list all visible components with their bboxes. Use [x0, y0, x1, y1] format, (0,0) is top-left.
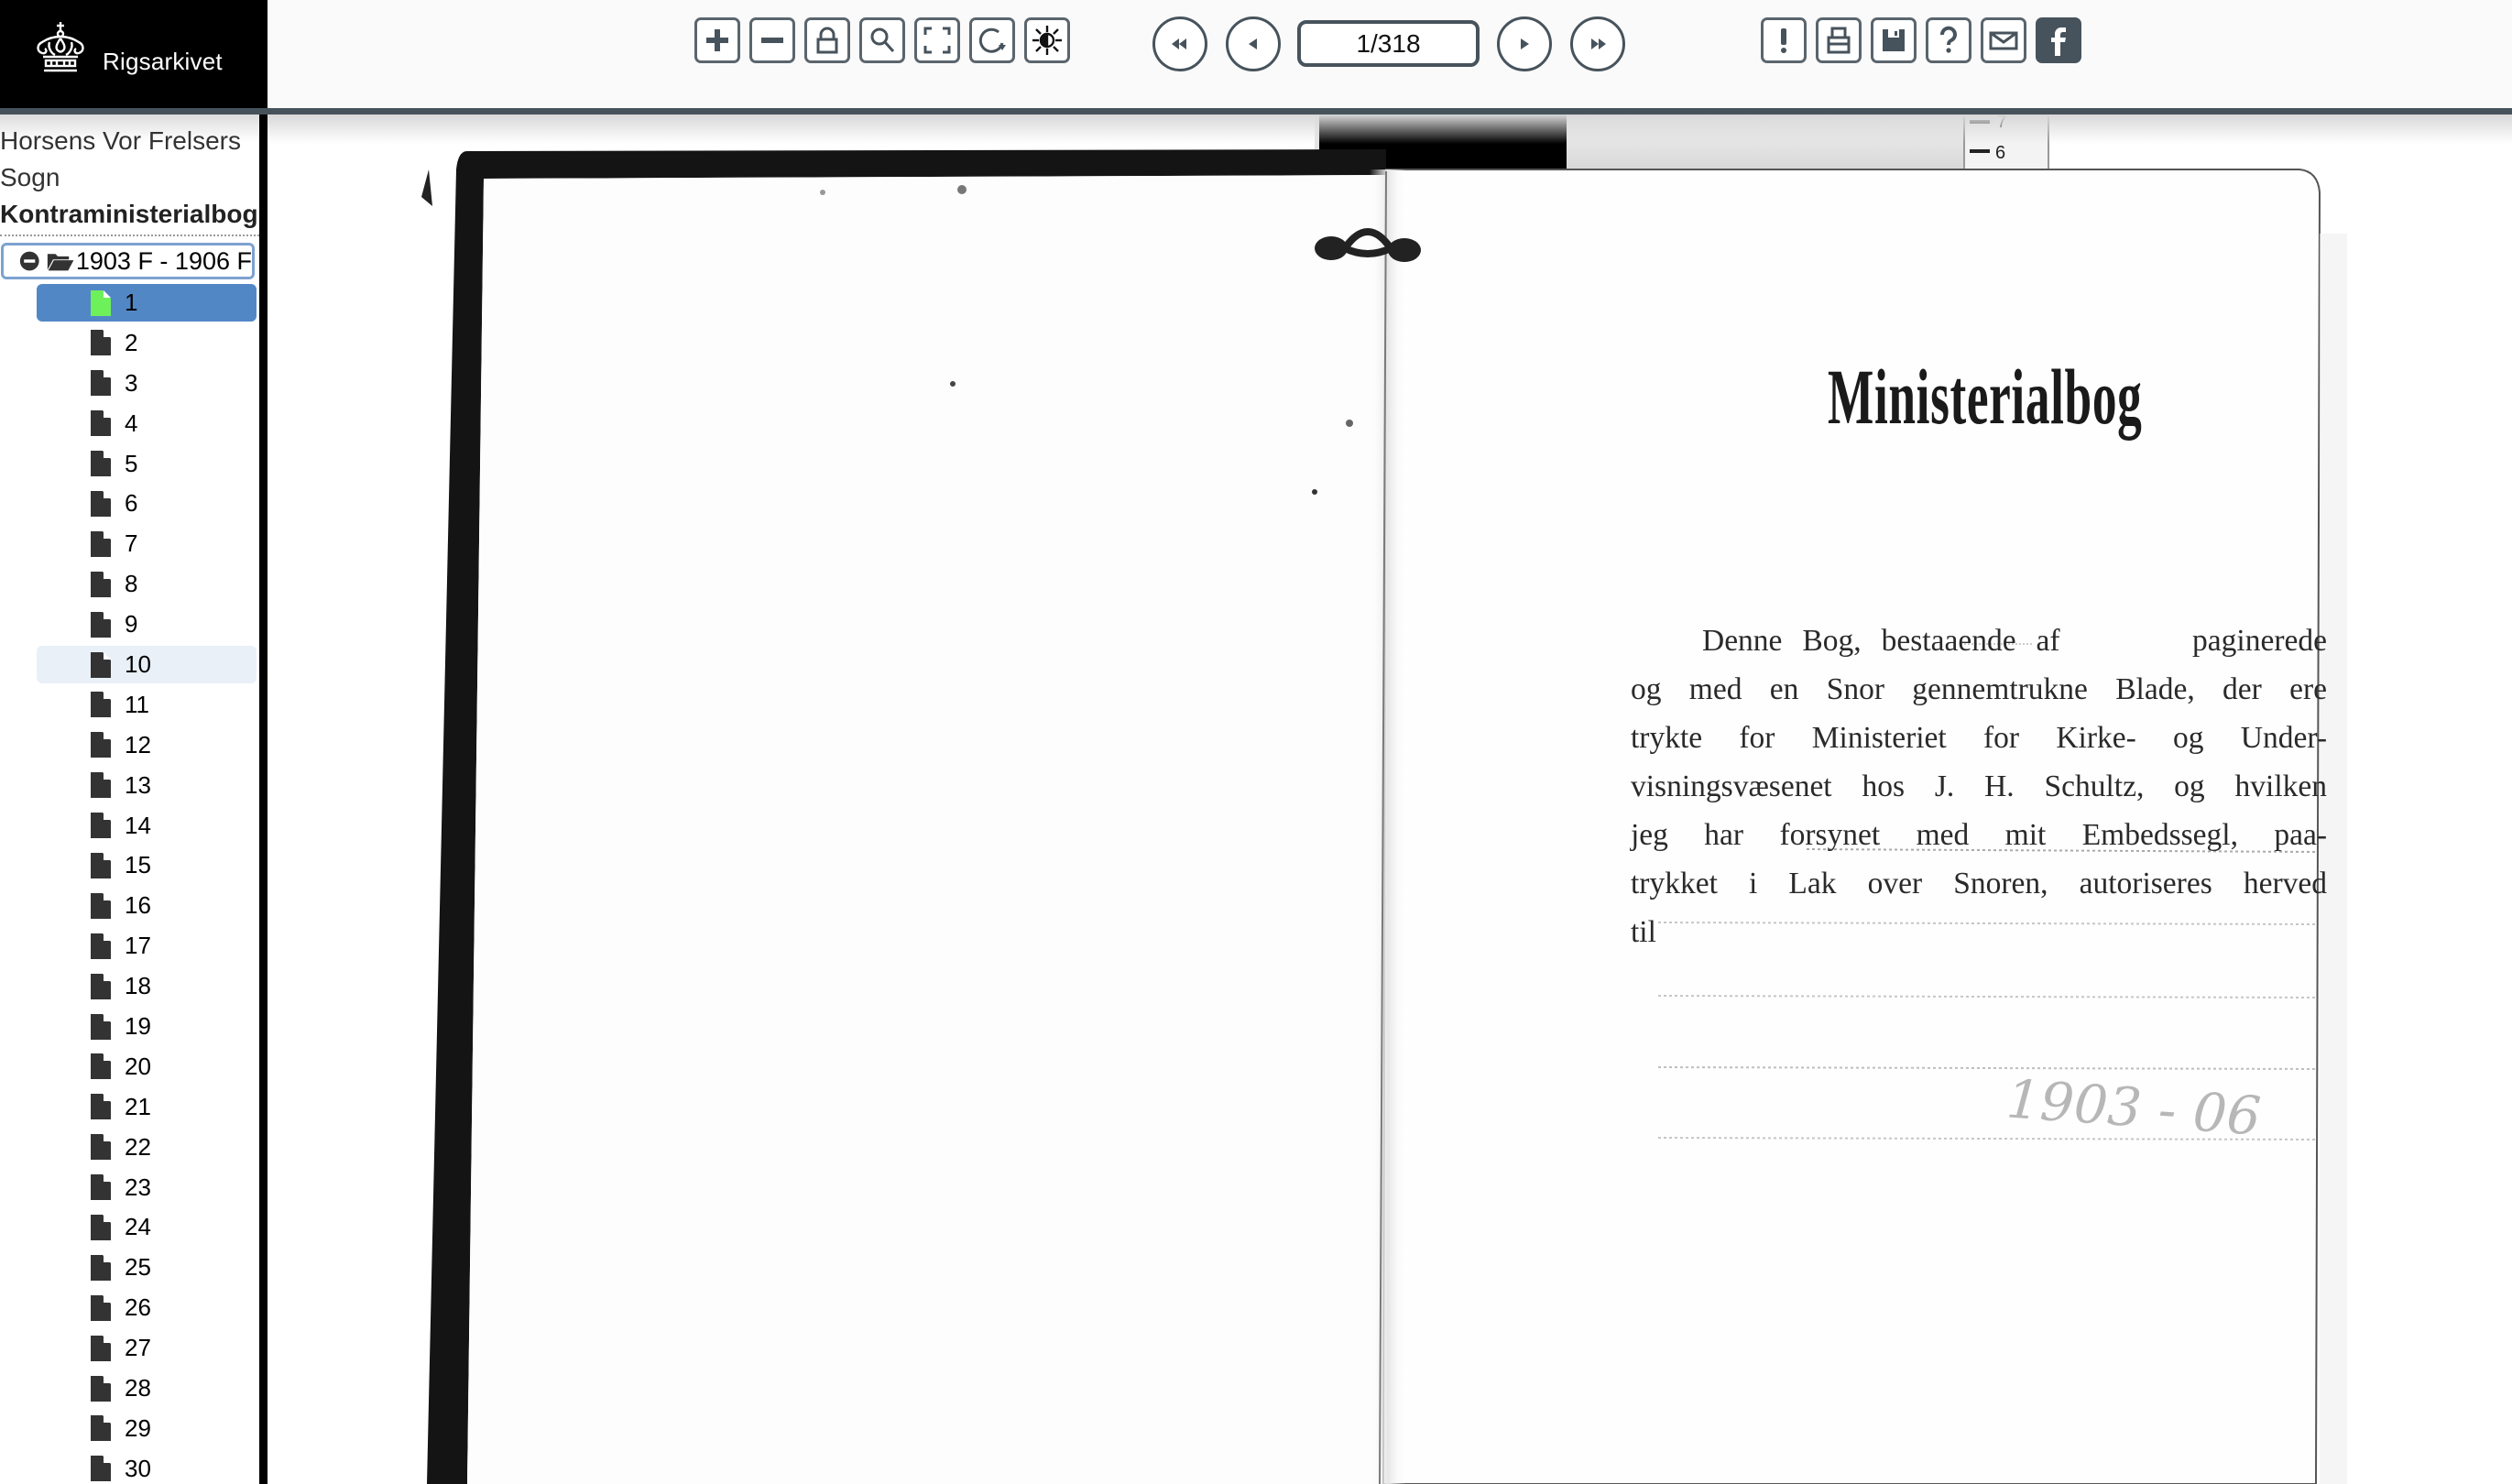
- folder-open-icon: [47, 249, 73, 273]
- header-divider: [0, 108, 2512, 115]
- page-number: 17: [125, 932, 151, 960]
- page-number: 20: [125, 1053, 151, 1081]
- document-icon: [91, 1174, 111, 1200]
- page-number: 7: [125, 529, 137, 558]
- parish-name: Horsens Vor Frelsers: [0, 126, 241, 156]
- top-toolbar: Rigsarkivet: [0, 0, 2512, 108]
- page-list-item[interactable]: 16: [37, 887, 257, 924]
- document-icon: [91, 1255, 111, 1281]
- page-number: 13: [125, 771, 151, 800]
- page-list: 1234567891011121314151617181920212223242…: [37, 284, 257, 1484]
- help-button[interactable]: [1926, 17, 1971, 63]
- document-icon: [91, 451, 111, 476]
- brightness-contrast-button[interactable]: [1024, 17, 1070, 63]
- document-body-line: til: [1631, 908, 2327, 956]
- page-number: 15: [125, 851, 151, 879]
- print-icon: [1823, 25, 1854, 56]
- facebook-icon: [2043, 25, 2074, 56]
- first-page-button[interactable]: [1152, 16, 1207, 71]
- document-icon: [91, 1134, 111, 1160]
- document-icon: [91, 1053, 111, 1079]
- plus-icon: [702, 25, 733, 56]
- document-icon: [91, 1336, 111, 1361]
- document-icon: [91, 1014, 111, 1040]
- page-number: 28: [125, 1374, 151, 1402]
- page-list-item[interactable]: 29: [37, 1410, 257, 1447]
- page-list-item[interactable]: 5: [37, 445, 257, 483]
- print-button[interactable]: [1816, 17, 1862, 63]
- page-list-item[interactable]: 18: [37, 967, 257, 1005]
- brand-name: Rigsarkivet: [103, 48, 223, 76]
- document-body-line: trykket i Lak over Snoren, autoriseres h…: [1631, 859, 2327, 908]
- document-icon: [91, 572, 111, 597]
- document-icon: [91, 330, 111, 355]
- svg-text:6: 6: [1995, 143, 2005, 163]
- document-icon: [91, 491, 111, 517]
- page-list-item[interactable]: 15: [37, 846, 257, 884]
- email-button[interactable]: [1981, 17, 2026, 63]
- document-body-line: visningsvæsenet hos J. H. Schultz, og hv…: [1631, 762, 2327, 811]
- page-number: 27: [125, 1334, 151, 1362]
- previous-page-icon: [1240, 30, 1267, 58]
- page-list-item[interactable]: 26: [37, 1289, 257, 1326]
- magnifier-button[interactable]: [859, 17, 905, 63]
- page-list-item[interactable]: 7: [37, 525, 257, 562]
- page-number: 8: [125, 570, 137, 598]
- first-page-icon: [1166, 30, 1194, 58]
- page-number: 30: [125, 1455, 151, 1483]
- page-number: 12: [125, 731, 151, 759]
- document-icon: [91, 652, 111, 678]
- crown-icon: [33, 20, 88, 75]
- document-icon: [91, 974, 111, 999]
- document-title: Ministerialbog: [1828, 351, 2142, 442]
- page-list-item[interactable]: 22: [37, 1129, 257, 1166]
- page-number: 19: [125, 1012, 151, 1041]
- facebook-button[interactable]: [2036, 17, 2081, 63]
- fullscreen-icon: [922, 25, 953, 56]
- zoom-out-button[interactable]: [749, 17, 795, 63]
- question-icon: [1933, 25, 1964, 56]
- envelope-icon: [1988, 25, 2019, 56]
- document-icon: [91, 1094, 111, 1119]
- page-list-item[interactable]: 10: [37, 646, 257, 683]
- page-list-item[interactable]: 1: [37, 284, 257, 322]
- page-list-item[interactable]: 21: [37, 1088, 257, 1126]
- exclamation-icon: [1768, 25, 1799, 56]
- separator: [0, 235, 259, 236]
- viewer-shadow: [268, 115, 2512, 144]
- sidebar: Horsens Vor Frelsers Sogn Kontraminister…: [0, 115, 259, 1484]
- page-list-item[interactable]: 2: [37, 324, 257, 362]
- document-icon: [91, 1456, 111, 1481]
- report-error-button[interactable]: [1761, 17, 1807, 63]
- page-number: 2: [125, 329, 137, 357]
- volume-label: 1903 F - 1906 F: [76, 247, 252, 276]
- page-list-item[interactable]: 30: [37, 1450, 257, 1484]
- document-icon: [91, 1415, 111, 1441]
- volume-node[interactable]: 1903 F - 1906 F: [1, 243, 255, 279]
- rotate-icon: [977, 25, 1008, 56]
- document-icon: [91, 1295, 111, 1321]
- fit-screen-button[interactable]: [914, 17, 960, 63]
- document-icon: [91, 612, 111, 638]
- lock-button[interactable]: [804, 17, 850, 63]
- page-list-item[interactable]: 17: [37, 927, 257, 965]
- document-icon: [91, 290, 111, 316]
- page-list-item[interactable]: 25: [37, 1249, 257, 1286]
- magnifier-icon: [867, 25, 898, 56]
- parish-name-cont: Sogn: [0, 163, 60, 192]
- document-icon: [91, 732, 111, 758]
- collapse-icon[interactable]: [19, 249, 39, 273]
- page-list-item[interactable]: 4: [37, 405, 257, 442]
- page-list-item[interactable]: 12: [37, 726, 257, 764]
- document-icon: [91, 410, 111, 436]
- panel-splitter[interactable]: [259, 108, 268, 1484]
- document-icon: [91, 370, 111, 396]
- page-number: 21: [125, 1093, 151, 1121]
- book-type: Kontraministerialbog: [0, 200, 258, 229]
- document-icon: [91, 893, 111, 919]
- document-icon: [91, 772, 111, 798]
- next-page-icon: [1511, 30, 1538, 58]
- minus-icon: [757, 25, 788, 56]
- document-icon: [91, 853, 111, 878]
- page-number: 16: [125, 891, 151, 920]
- document-icon: [91, 1376, 111, 1402]
- page-number: 9: [125, 610, 137, 638]
- page-list-item[interactable]: 27: [37, 1329, 257, 1367]
- document-body-line: jeg har forsynet med mit Embedssegl, paa…: [1631, 811, 2327, 859]
- page-list-item[interactable]: 8: [37, 565, 257, 603]
- page-list-item[interactable]: 20: [37, 1048, 257, 1086]
- page-number: 11: [125, 691, 149, 719]
- page-number: 26: [125, 1293, 151, 1322]
- page-number-input[interactable]: [1297, 20, 1480, 67]
- document-icon: [91, 1215, 111, 1240]
- page-list-item[interactable]: 6: [37, 485, 257, 522]
- page-list-item[interactable]: 28: [37, 1369, 257, 1407]
- page-list-item[interactable]: 13: [37, 767, 257, 804]
- next-page-button[interactable]: [1497, 16, 1552, 71]
- image-viewer[interactable]: 7 6: [268, 115, 2512, 1484]
- page-number: 18: [125, 972, 151, 1000]
- contrast-icon: [1032, 25, 1063, 56]
- previous-page-button[interactable]: [1226, 16, 1281, 71]
- page-number: 23: [125, 1173, 151, 1202]
- page-number: 6: [125, 489, 137, 518]
- page-number: 22: [125, 1133, 151, 1162]
- document-body-line: Denne Bog, bestaaende af paginerede: [1631, 617, 2327, 665]
- document-body-line: trykte for Ministeriet for Kirke- og Und…: [1631, 714, 2327, 762]
- page-number: 1: [125, 289, 137, 317]
- lock-icon: [812, 25, 843, 56]
- page-list-item[interactable]: 19: [37, 1008, 257, 1045]
- page-list-item[interactable]: 11: [37, 686, 257, 724]
- logo[interactable]: Rigsarkivet: [0, 0, 268, 108]
- page-list-item[interactable]: 24: [37, 1208, 257, 1246]
- document-icon: [91, 933, 111, 959]
- page-number: 14: [125, 812, 151, 840]
- zoom-in-button[interactable]: [694, 17, 740, 63]
- document-scan[interactable]: 7 6: [412, 115, 2368, 1484]
- save-button[interactable]: [1871, 17, 1917, 63]
- document-icon: [91, 813, 111, 838]
- document-body-line: og med en Snor gennemtrukne Blade, der e…: [1631, 665, 2327, 714]
- page-list-item[interactable]: 14: [37, 807, 257, 845]
- page-number: 4: [125, 409, 137, 438]
- document-icon: [91, 692, 111, 717]
- document-body: Denne Bog, bestaaende af pagineredeog me…: [1631, 617, 2327, 956]
- page-list-item[interactable]: 9: [37, 606, 257, 643]
- page-number: 29: [125, 1414, 151, 1443]
- document-icon: [91, 531, 111, 557]
- last-page-icon: [1584, 30, 1611, 58]
- page-number: 10: [125, 650, 151, 679]
- page-number: 25: [125, 1253, 151, 1282]
- page-number: 5: [125, 450, 137, 478]
- rotate-button[interactable]: [969, 17, 1015, 63]
- page-number: 3: [125, 369, 137, 398]
- last-page-button[interactable]: [1570, 16, 1625, 71]
- save-icon: [1878, 25, 1909, 56]
- page-number: 24: [125, 1213, 151, 1241]
- page-list-item[interactable]: 23: [37, 1169, 257, 1206]
- page-list-item[interactable]: 3: [37, 365, 257, 402]
